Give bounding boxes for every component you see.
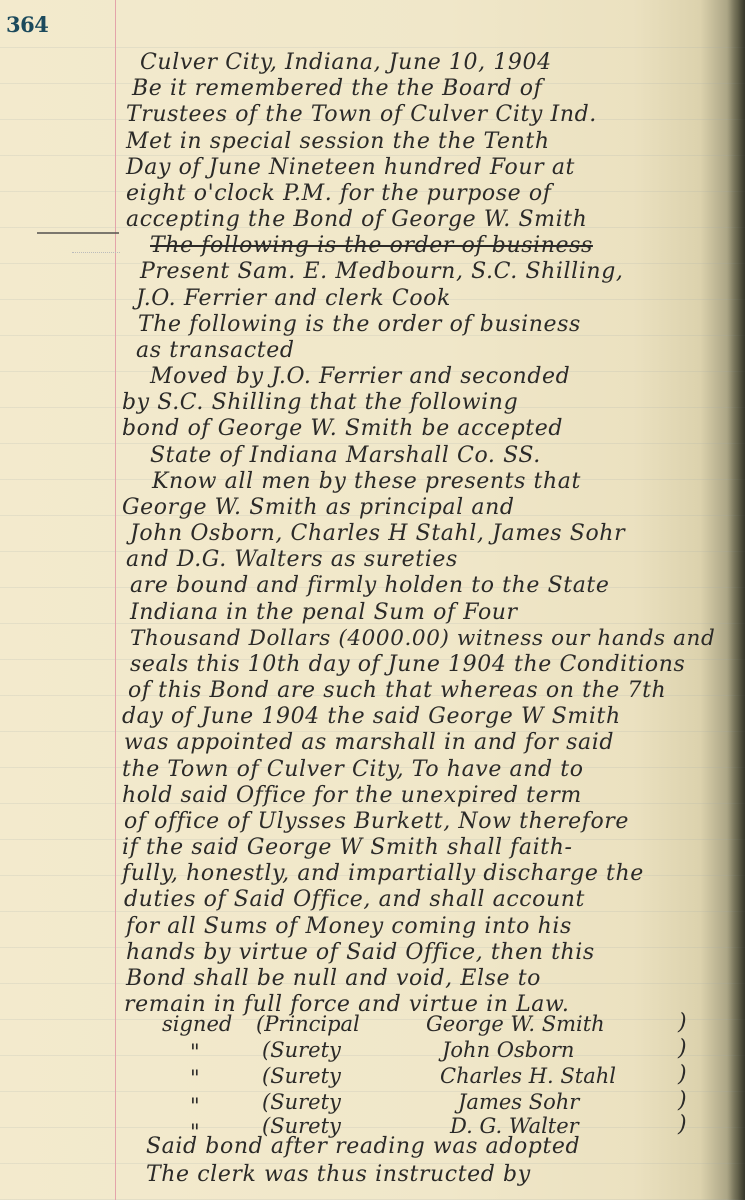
handwritten-line: if the said George W Smith shall faith-	[122, 835, 573, 860]
handwritten-line: Thousand Dollars (4000.00) witness our h…	[130, 626, 715, 651]
signature-role: (Surety	[262, 1064, 341, 1088]
signature-name: John Osborn	[442, 1038, 574, 1062]
handwritten-line: hold said Office for the unexpired term	[122, 783, 582, 808]
handwritten-line: are bound and firmly holden to the State	[130, 573, 609, 598]
handwritten-line: by S.C. Shilling that the following	[122, 390, 518, 415]
signature-role: (Surety	[262, 1090, 341, 1114]
handwritten-line: John Osborn, Charles H Stahl, James Sohr	[130, 521, 625, 546]
handwritten-line: Bond shall be null and void, Else to	[126, 966, 541, 991]
signature-close-paren: )	[678, 1010, 687, 1035]
handwritten-line: Present Sam. E. Medbourn, S.C. Shilling,	[140, 259, 623, 284]
handwritten-line: eight o'clock P.M. for the purpose of	[126, 181, 551, 206]
handwritten-line: the Town of Culver City, To have and to	[122, 757, 584, 782]
handwritten-line: and D.G. Walters as sureties	[126, 547, 458, 572]
handwritten-line: State of Indiana Marshall Co. SS.	[150, 443, 541, 468]
handwritten-line: as transacted	[136, 338, 295, 363]
handwritten-line: of this Bond are such that whereas on th…	[128, 678, 666, 703]
handwritten-line: bond of George W. Smith be accepted	[122, 416, 563, 441]
handwritten-line: Trustees of the Town of Culver City Ind.	[126, 102, 597, 127]
handwritten-line: Know all men by these presents that	[152, 469, 581, 494]
ditto-mark: "	[190, 1040, 200, 1064]
signature-role: (Principal	[256, 1012, 360, 1036]
handwritten-line: Culver City, Indiana, June 10, 1904	[140, 50, 552, 75]
handwritten-line: The clerk was thus instructed by	[146, 1162, 531, 1187]
handwritten-line: accepting the Bond of George W. Smith	[126, 207, 587, 232]
signature-role: (Surety	[262, 1114, 341, 1138]
handwritten-line: Be it remembered the the Board of	[132, 76, 542, 101]
handwritten-line: George W. Smith as principal and	[122, 495, 515, 520]
handwritten-line: day of June 1904 the said George W Smith	[122, 704, 621, 729]
signature-close-paren: )	[678, 1036, 687, 1061]
signature-name: James Sohr	[458, 1090, 579, 1114]
signature-name: George W. Smith	[426, 1012, 605, 1036]
handwritten-line: Day of June Nineteen hundred Four at	[126, 155, 575, 180]
ledger-page: 364 Culver City, Indiana, June 10, 1904B…	[0, 0, 745, 1200]
handwritten-line: Indiana in the penal Sum of Four	[130, 600, 518, 625]
handwritten-line: for all Sums of Money coming into his	[126, 914, 572, 939]
signature-name: D. G. Walter	[450, 1114, 579, 1138]
signature-role: (Surety	[262, 1038, 341, 1062]
handwritten-line: seals this 10th day of June 1904 the Con…	[130, 652, 685, 677]
signature-close-paren: )	[678, 1112, 687, 1137]
handwritten-line: The following is the order of business	[138, 312, 581, 337]
signature-close-paren: )	[678, 1062, 687, 1087]
signed-label: signed	[162, 1012, 232, 1036]
signature-close-paren: )	[678, 1088, 687, 1113]
minutes-body: Culver City, Indiana, June 10, 1904Be it…	[0, 0, 745, 1200]
handwritten-line: hands by virtue of Said Office, then thi…	[126, 940, 595, 965]
handwritten-line: Met in special session the the Tenth	[126, 129, 550, 154]
ditto-mark: "	[190, 1066, 200, 1090]
struck-handwritten-line: The following is the order of business	[150, 233, 593, 258]
ditto-mark: "	[190, 1094, 200, 1118]
handwritten-line: was appointed as marshall in and for sai…	[124, 730, 614, 755]
handwritten-line: J.O. Ferrier and clerk Cook	[136, 286, 451, 311]
handwritten-line: Moved by J.O. Ferrier and seconded	[150, 364, 570, 389]
signature-name: Charles H. Stahl	[440, 1064, 616, 1088]
binding-shadow	[727, 0, 745, 1200]
handwritten-line: duties of Said Office, and shall account	[124, 887, 585, 912]
handwritten-line: fully, honestly, and impartially dischar…	[122, 861, 644, 886]
ditto-mark: "	[190, 1120, 200, 1144]
handwritten-line: of office of Ulysses Burkett, Now theref…	[124, 809, 629, 834]
